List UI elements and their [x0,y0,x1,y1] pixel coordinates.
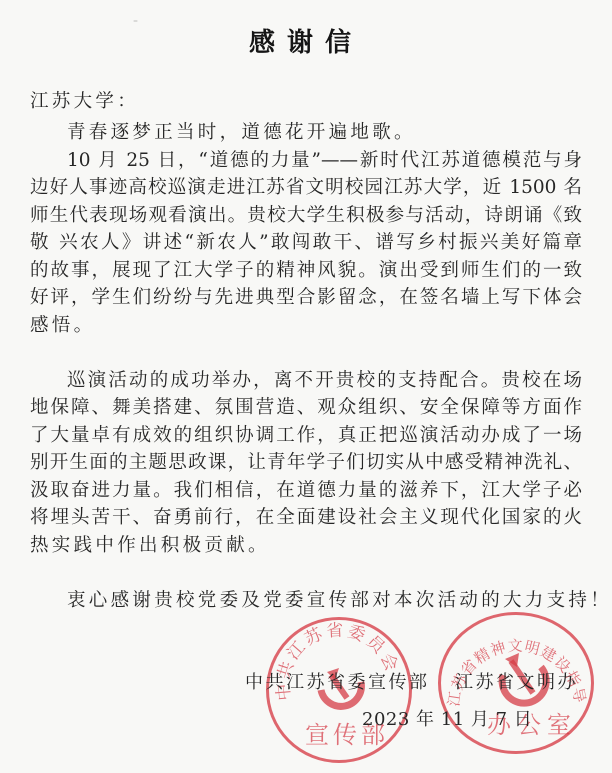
paragraph-2-line-6: 好评，学生们纷纷与先进典型合影留念，在签名墙上写下体会 [30,286,582,310]
closing-line: 衷心感谢贵校党委及党委宣传部对本次活动的大力支持！ [67,589,582,613]
paragraph-3-line-3: 了大量卓有成效的组织协调工作，真正把巡演活动办成了一场 [30,424,582,448]
paragraph-3-line-4: 别开生面的主题思政课，让青年学子们切实从中感受精神洗礼、 [30,451,582,475]
paragraph-3-line-6: 将埋头苦干、奋勇前行，在全面建设社会主义现代化国家的火 [30,506,582,530]
paragraph-2-line-3: 师生代表现场观看演出。贵校大学生积极参与活动，诗朗诵《致 [30,204,582,228]
letter-page: = 感谢信 江苏大学： 青春逐梦正当时，道德花开遍地歌。 10 月 25 日，“… [0,0,612,773]
paragraph-2-line-7: 感悟。 [30,314,582,338]
paragraph-3-line-2: 地保障、舞美搭建、氛围营造、观众组织、安全保障等方面作 [30,396,582,420]
signatory-civilization-office: 江苏省文明办 [455,671,578,695]
paragraph-2-line-4: 敬 兴农人》讲述“新农人”敢闯敢干、谱写乡村振兴美好篇章 [30,231,582,255]
letter-date: 2023 年 11 月 7 日 [362,708,532,732]
paragraph-2-line-1: 10 月 25 日，“道德的力量”——新时代江苏道德模范与身 [67,149,582,173]
letter-title: 感谢信 [0,22,612,59]
paragraph-3-line-5: 汲取奋进力量。我们相信，在道德力量的滋养下，江大学子必 [30,479,582,503]
salutation: 江苏大学： [30,90,582,114]
paragraph-3-line-1: 巡演活动的成功举办，离不开贵校的支持配合。贵校在场 [67,369,582,393]
paragraph-2-line-5: 的故事，展现了江大学子的精神风貌。演出受到师生们的一致 [30,259,582,283]
paragraph-1-line-1: 青春逐梦正当时，道德花开遍地歌。 [67,121,582,145]
paragraph-2-line-2: 边好人事迹高校巡演走进江苏省文明校园江苏大学，近 1500 名 [30,176,582,200]
paragraph-3-line-7: 热实践中作出积极贡献。 [30,534,582,558]
signatory-propaganda-department: 中共江苏省委宣传部 [245,671,430,695]
